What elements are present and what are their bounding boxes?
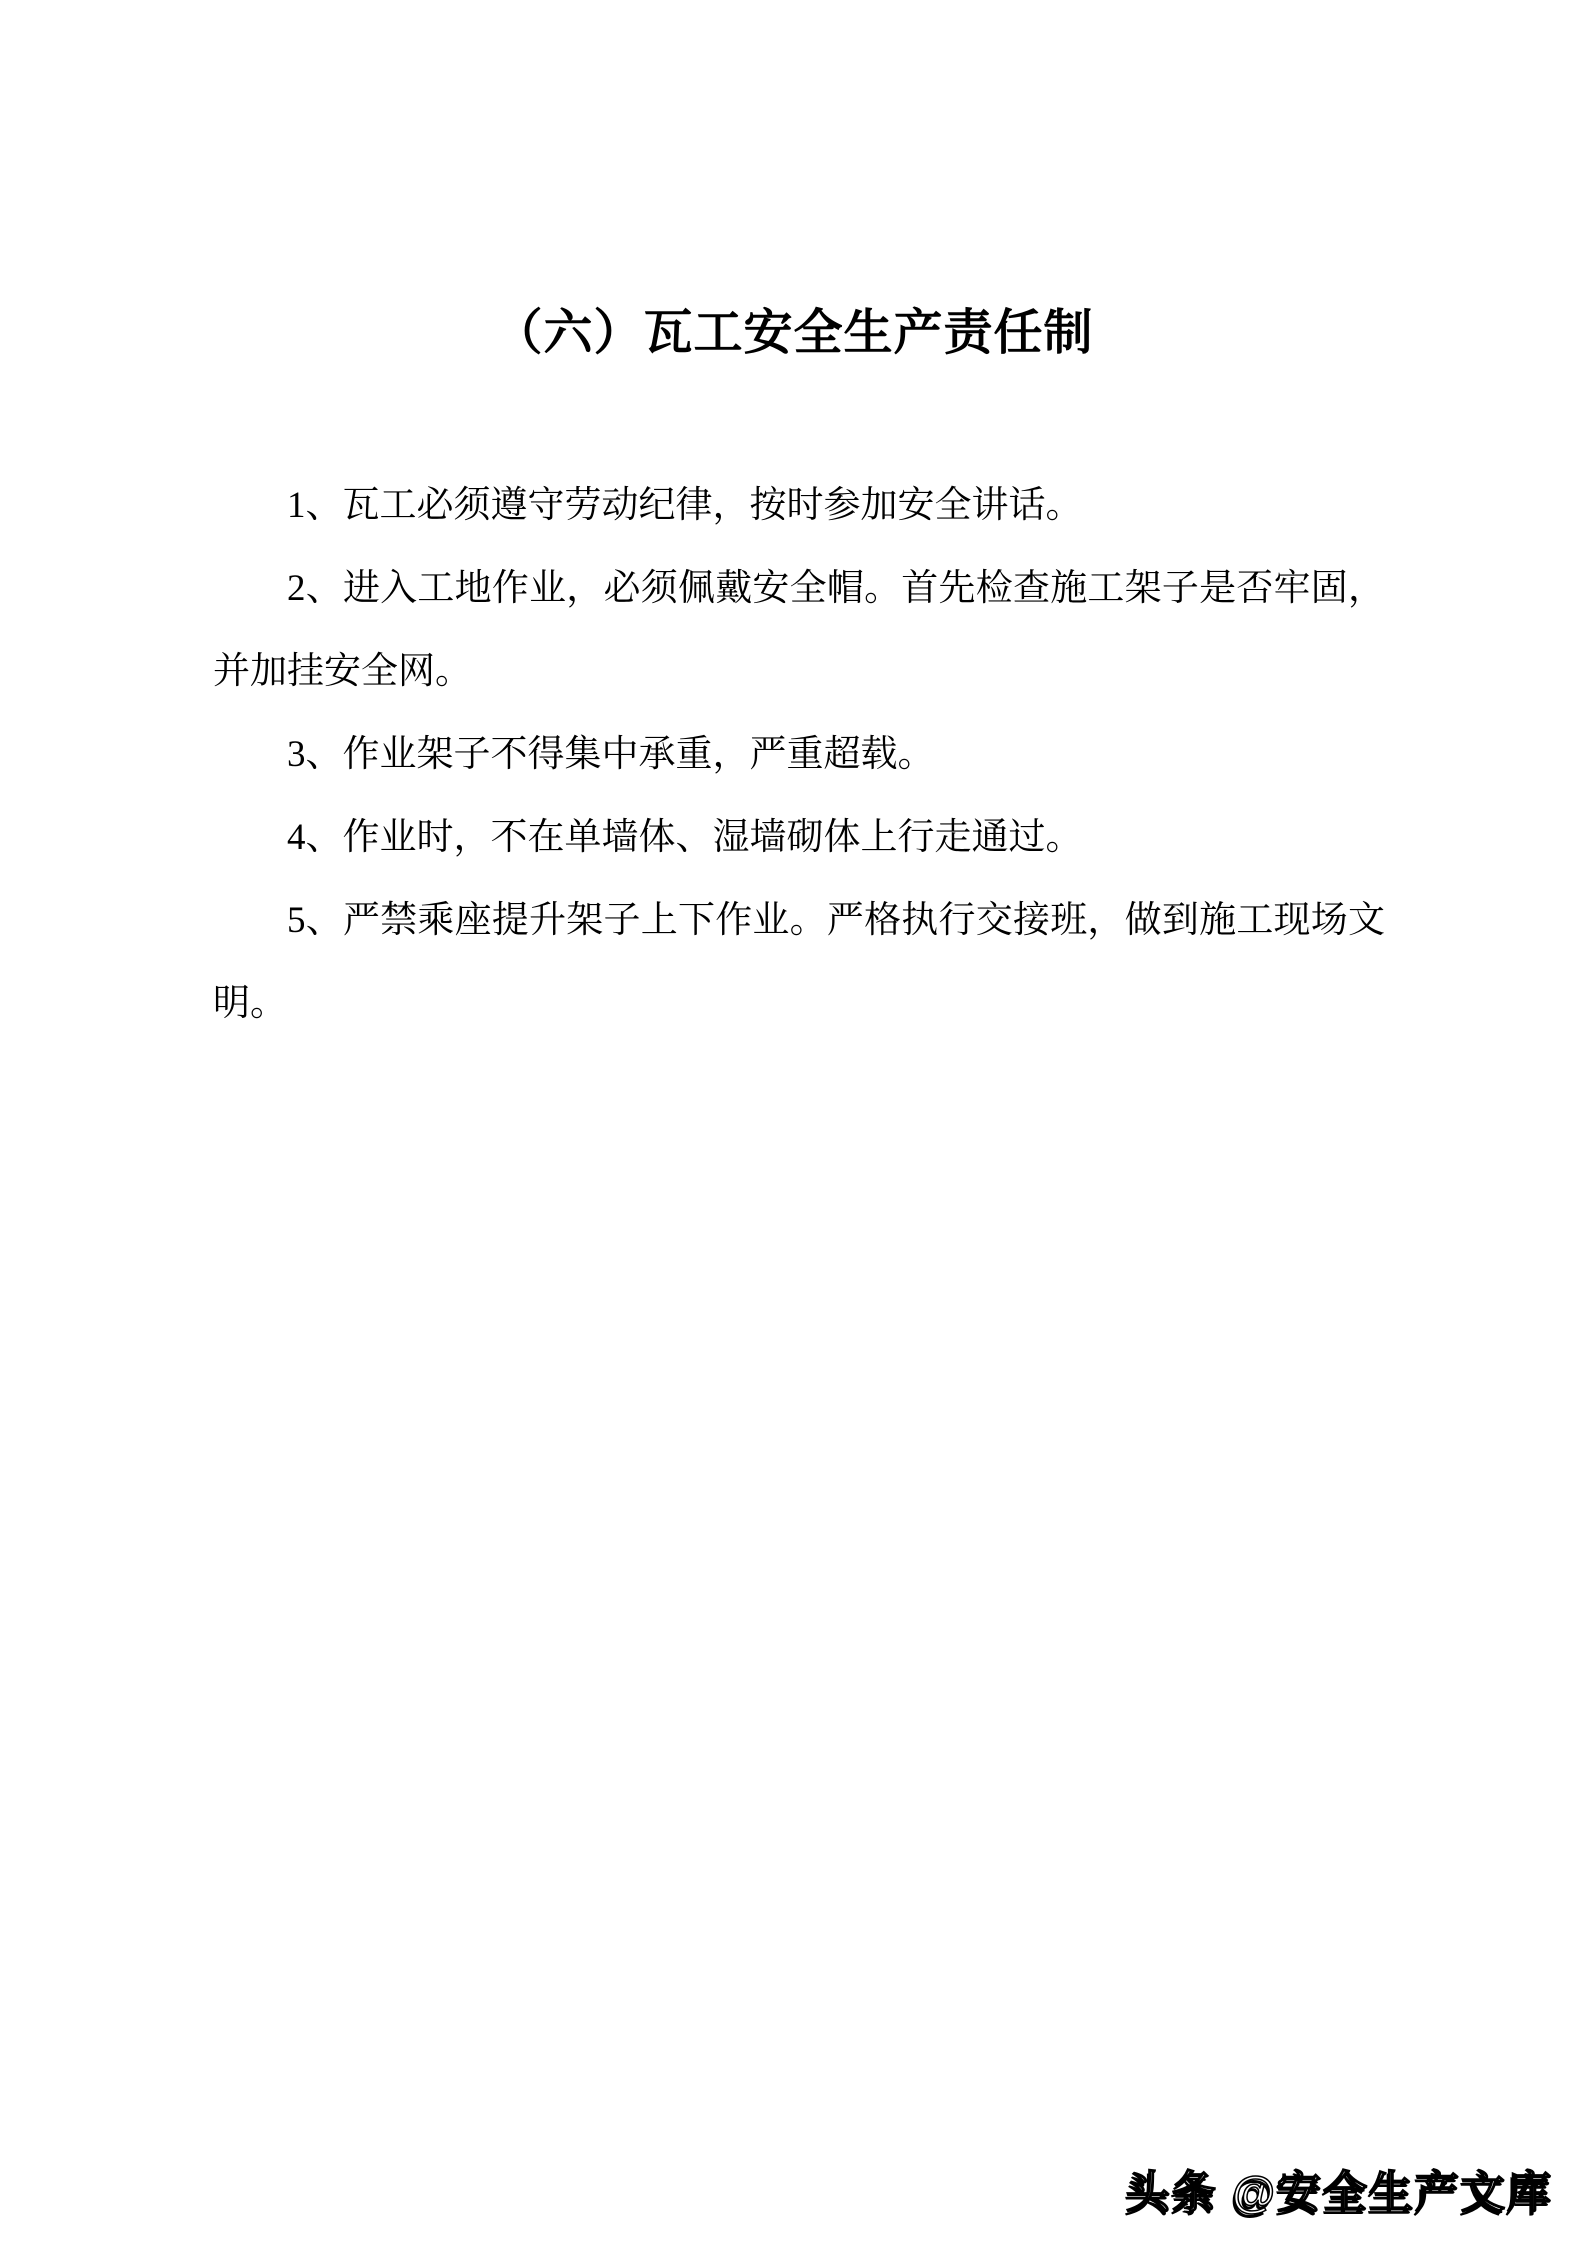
document-page: （六）瓦工安全生产责任制 1、瓦工必须遵守劳动纪律，按时参加安全讲话。 2、进入… — [0, 0, 1587, 2245]
paragraph-item-3: 3、作业架子不得集中承重，严重超载。 — [213, 713, 1385, 796]
paragraph-item-1: 1、瓦工必须遵守劳动纪律，按时参加安全讲话。 — [213, 464, 1385, 547]
document-body: 1、瓦工必须遵守劳动纪律，按时参加安全讲话。 2、进入工地作业，必须佩戴安全帽。… — [213, 464, 1385, 1045]
watermark-text: 头条 @安全生产文库 — [1126, 2171, 1553, 2215]
page-title: （六）瓦工安全生产责任制 — [0, 303, 1587, 363]
paragraph-item-5: 5、严禁乘座提升架子上下作业。严格执行交接班，做到施工现场文明。 — [213, 879, 1385, 1045]
paragraph-item-4: 4、作业时，不在单墙体、湿墙砌体上行走通过。 — [213, 796, 1385, 879]
paragraph-item-2: 2、进入工地作业，必须佩戴安全帽。首先检查施工架子是否牢固，并加挂安全网。 — [213, 547, 1385, 713]
